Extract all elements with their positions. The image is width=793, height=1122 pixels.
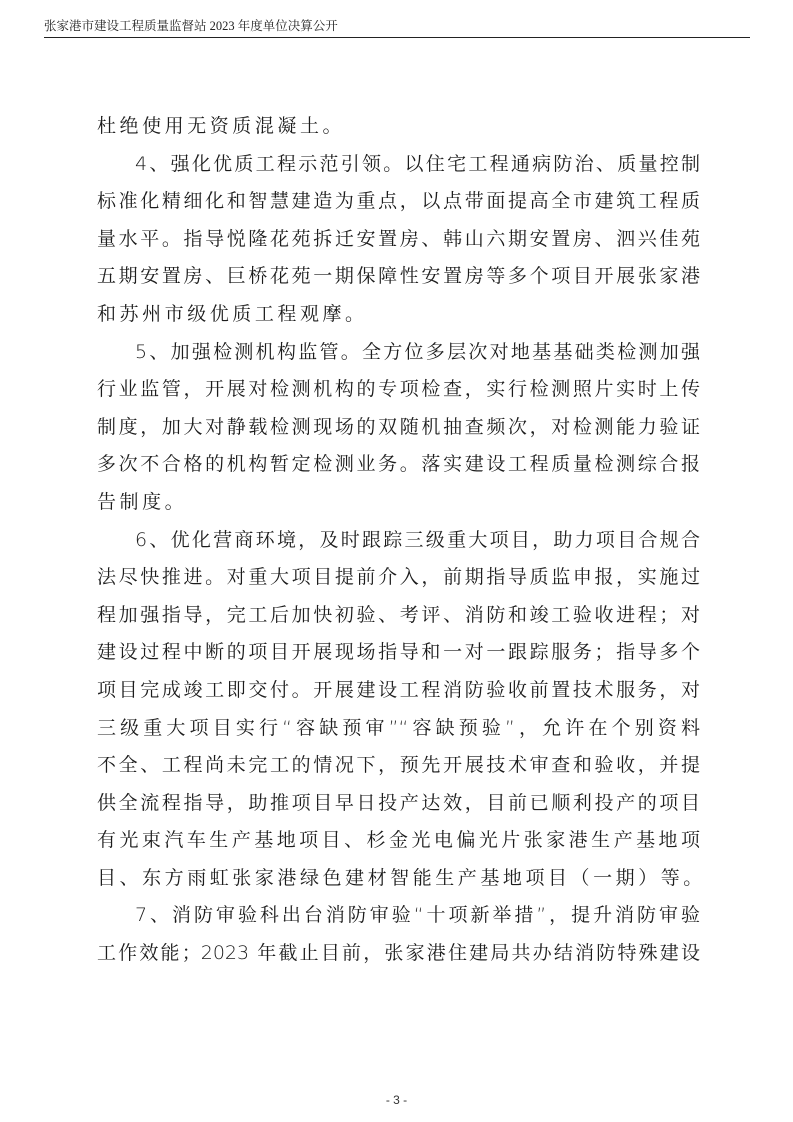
page-number: - 3 - [0,1093,793,1107]
text-line: 三级重大项目实行“容缺预审”“容缺预验”，允许在个别资料 [97,710,700,748]
text-line: 工作效能；2023 年截止目前，张家港住建局共办结消防特殊建设 [97,935,700,973]
text-line: 量水平。指导悦隆花苑拆迁安置房、韩山六期安置房、泗兴佳苑 [97,221,700,259]
text-line: 5、加强检测机构监管。全方位多层次对地基基础类检测加强 [97,334,700,372]
text-line: 4、强化优质工程示范引领。以住宅工程通病防治、质量控制 [97,146,700,184]
text-line: 程加强指导，完工后加快初验、考评、消防和竣工验收进程；对 [97,597,700,635]
text-line: 6、优化营商环境，及时跟踪三级重大项目，助力项目合规合 [97,522,700,560]
text-line: 制度，加大对静载检测现场的双随机抽查频次，对检测能力验证 [97,409,700,447]
text-line: 行业监管，开展对检测机构的专项检查，实行检测照片实时上传 [97,371,700,409]
text-line: 供全流程指导，助推项目早日投产达效，目前已顺利投产的项目 [97,785,700,823]
text-line: 法尽快推进。对重大项目提前介入，前期指导质监申报，实施过 [97,559,700,597]
text-line: 7、消防审验科出台消防审验“十项新举措”，提升消防审验 [97,897,700,935]
document-body: 杜绝使用无资质混凝土。 4、强化优质工程示范引领。以住宅工程通病防治、质量控制 … [97,108,700,973]
text-line: 五期安置房、巨桥花苑一期保障性安置房等多个项目开展张家港 [97,258,700,296]
text-line: 目、东方雨虹张家港绿色建材智能生产基地项目（一期）等。 [97,860,700,898]
text-line: 和苏州市级优质工程观摩。 [97,296,700,334]
text-line: 不全、工程尚未完工的情况下，预先开展技术审查和验收，并提 [97,747,700,785]
text-line: 告制度。 [97,484,700,522]
text-line: 杜绝使用无资质混凝土。 [97,108,700,146]
text-line: 多次不合格的机构暂定检测业务。落实建设工程质量检测综合报 [97,446,700,484]
text-line: 建设过程中断的项目开展现场指导和一对一跟踪服务；指导多个 [97,634,700,672]
text-line: 项目完成竣工即交付。开展建设工程消防验收前置技术服务，对 [97,672,700,710]
text-line: 标准化精细化和智慧建造为重点，以点带面提高全市建筑工程质 [97,183,700,221]
header-title: 张家港市建设工程质量监督站 2023 年度单位决算公开 [44,18,338,34]
text-line: 有光束汽车生产基地项目、杉金光电偏光片张家港生产基地项 [97,822,700,860]
page-header: 张家港市建设工程质量监督站 2023 年度单位决算公开 [44,17,750,38]
